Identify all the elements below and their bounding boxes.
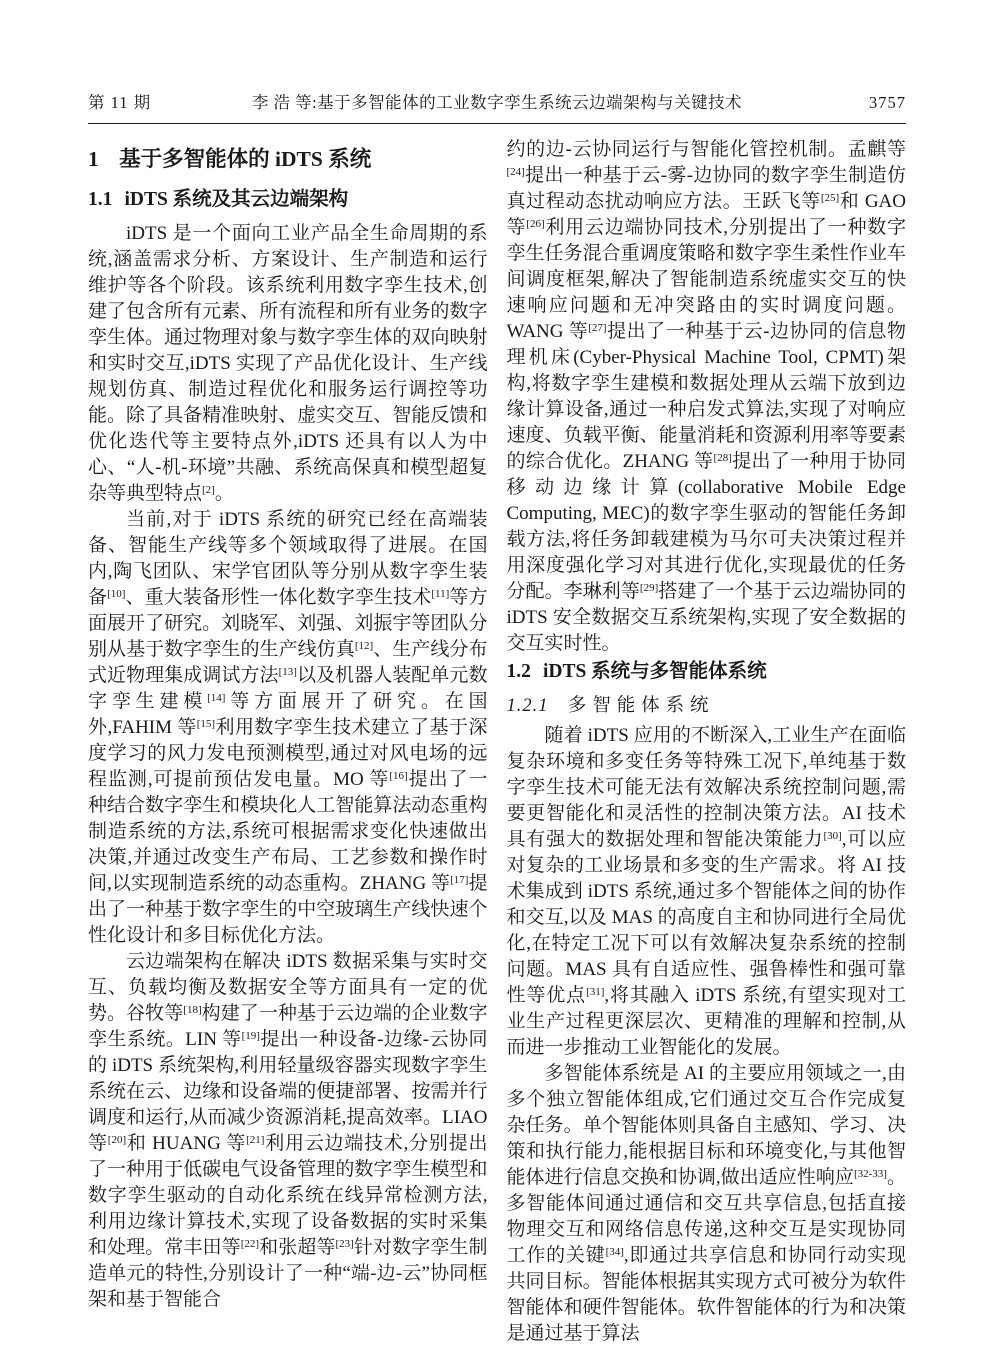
citation-ref: [19] (242, 1030, 260, 1042)
citation-ref: [24] (507, 166, 525, 178)
page-number: 3757 (869, 92, 906, 114)
citation-ref: [12] (355, 640, 373, 652)
section-heading-1-1: 1.1iDTS 系统及其云边端架构 (88, 187, 488, 213)
citation-ref: [14] (207, 692, 225, 704)
citation-ref: [29] (640, 582, 658, 594)
body-paragraph: 随着 iDTS 应用的不断深入,工业生产在面临复杂环境和多变任务等特殊工况下,单… (507, 723, 907, 1061)
right-column: 约的边-云协同运行与智能化管控机制。孟麒等[24]提出一种基于云-雾-边协同的数… (507, 137, 907, 1347)
citation-ref: [34] (606, 1246, 624, 1258)
two-column-body: 1基于多智能体的 iDTS 系统1.1iDTS 系统及其云边端架构iDTS 是一… (88, 124, 906, 1347)
citation-ref: [27] (588, 322, 606, 334)
citation-ref: [20] (108, 1134, 126, 1146)
citation-ref: [13] (279, 666, 297, 678)
running-title: 李 浩 等:基于多智能体的工业数字孪生系统云边端架构与关键技术 (252, 92, 742, 114)
citation-ref: [11] (431, 588, 449, 600)
body-paragraph: 约的边-云协同运行与智能化管控机制。孟麒等[24]提出一种基于云-雾-边协同的数… (507, 137, 907, 657)
citation-ref: [25] (821, 192, 839, 204)
citation-ref: [28] (714, 452, 732, 464)
citation-ref: [10] (107, 588, 125, 600)
citation-ref: [15] (197, 718, 215, 730)
heading-text: iDTS 系统与多智能体系统 (543, 661, 767, 682)
heading-number: 1 (88, 147, 99, 171)
section-heading-1-2-1: 1.2.1多智能体系统 (507, 693, 907, 719)
running-head: 第 11 期 李 浩 等:基于多智能体的工业数字孪生系统云边端架构与关键技术 3… (88, 92, 906, 114)
citation-ref: [17] (450, 874, 468, 886)
citation-ref: [2] (202, 484, 215, 496)
citation-ref: [30] (823, 830, 841, 842)
heading-text: 基于多智能体的 iDTS 系统 (119, 147, 371, 171)
section-heading-1: 1基于多智能体的 iDTS 系统 (88, 145, 488, 173)
paper-page: 第 11 期 李 浩 等:基于多智能体的工业数字孪生系统云边端架构与关键技术 3… (0, 0, 992, 1349)
citation-ref: [22] (241, 1238, 259, 1250)
heading-number: 1.2 (507, 661, 531, 682)
journal-issue: 第 11 期 (88, 92, 151, 114)
body-paragraph: iDTS 是一个面向工业产品全生命周期的系统,涵盖需求分析、方案设计、生产制造和… (88, 221, 488, 507)
citation-ref: [23] (336, 1238, 354, 1250)
citation-ref: [32-33] (854, 1168, 887, 1180)
heading-number: 1.2.1 (507, 696, 549, 716)
section-heading-1-2: 1.2iDTS 系统与多智能体系统 (507, 659, 907, 685)
citation-ref: [31] (586, 986, 604, 998)
heading-text: iDTS 系统及其云边端架构 (124, 189, 348, 210)
body-paragraph: 云边端架构在解决 iDTS 数据采集与实时交互、负载均衡及数据安全等方面具有一定… (88, 949, 488, 1313)
citation-ref: [16] (389, 770, 407, 782)
left-column: 1基于多智能体的 iDTS 系统1.1iDTS 系统及其云边端架构iDTS 是一… (88, 137, 488, 1347)
citation-ref: [18] (183, 1004, 201, 1016)
citation-ref: [21] (246, 1134, 264, 1146)
body-paragraph: 当前,对于 iDTS 系统的研究已经在高端装备、智能生产线等多个领域取得了进展。… (88, 507, 488, 949)
heading-text: 多智能体系统 (568, 696, 715, 716)
body-paragraph: 多智能体系统是 AI 的主要应用领域之一,由多个独立智能体组成,它们通过交互合作… (507, 1061, 907, 1347)
heading-number: 1.1 (88, 189, 112, 210)
citation-ref: [26] (526, 218, 544, 230)
